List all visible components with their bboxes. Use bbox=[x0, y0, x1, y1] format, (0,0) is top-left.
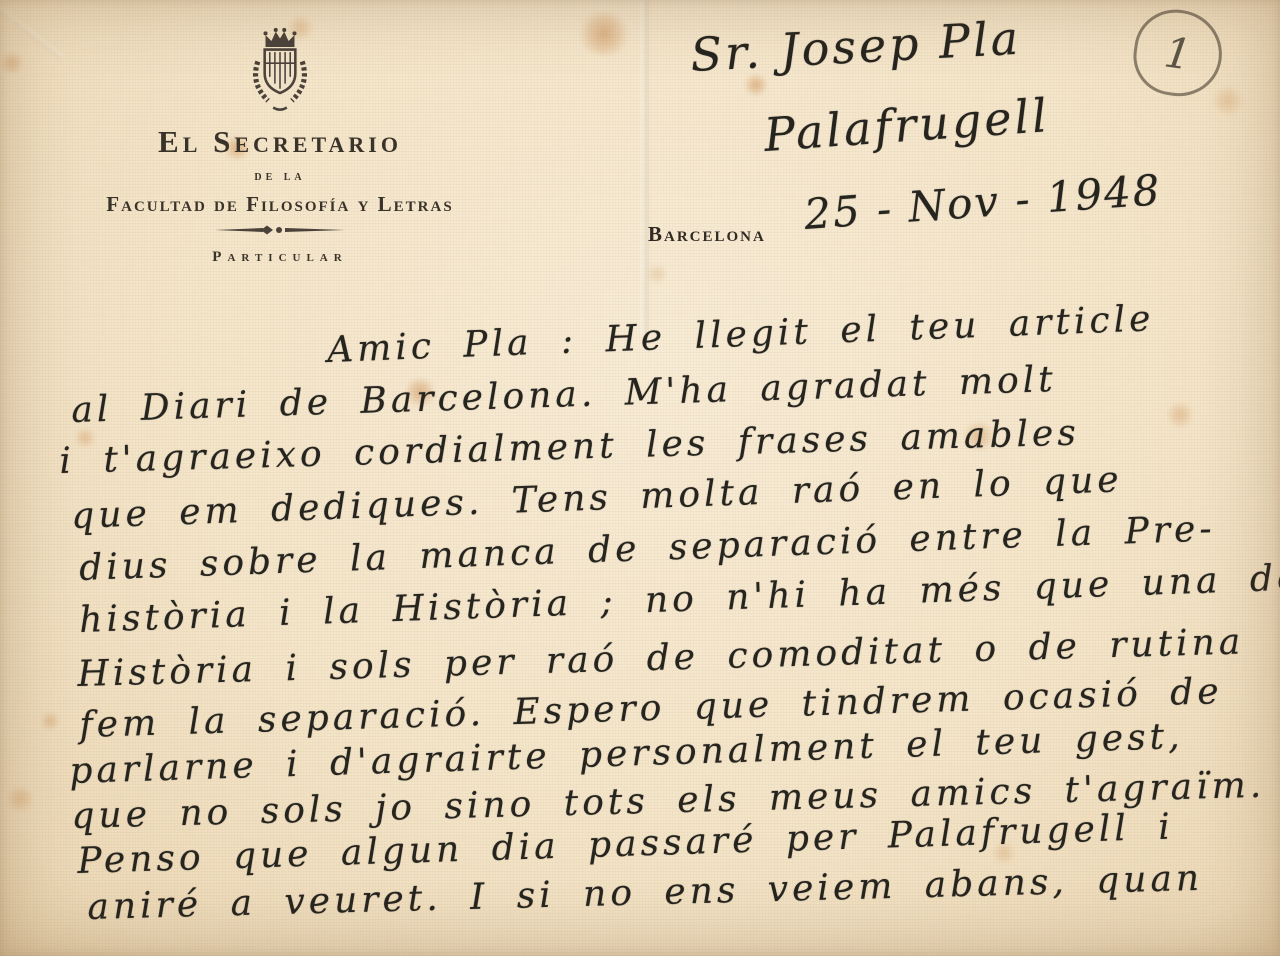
foxing-stain bbox=[1212, 86, 1244, 116]
place-line: Palafrugell bbox=[762, 88, 1051, 162]
recipient-line: Sr. Josep Pla bbox=[689, 11, 1022, 82]
letterhead-city: Barcelona bbox=[648, 222, 766, 247]
foxing-stain bbox=[1166, 402, 1194, 428]
university-crest-icon bbox=[237, 24, 323, 116]
page-number-annotation: 1 bbox=[1128, 4, 1227, 101]
letterhead-faculty: Facultad de Filosofía y Letras bbox=[62, 192, 498, 217]
foxing-stain bbox=[40, 712, 60, 730]
letterhead-title: El Secretario bbox=[62, 124, 498, 160]
page-number: 1 bbox=[1161, 27, 1194, 79]
letterhead-privacy-label: Particular bbox=[62, 249, 498, 266]
letter-page: El Secretario de la Facultad de Filosofí… bbox=[0, 0, 1280, 956]
foxing-stain bbox=[646, 264, 668, 284]
fold-crease bbox=[641, 0, 648, 335]
ornament-divider bbox=[215, 224, 345, 236]
letterhead-subtitle: de la bbox=[62, 169, 498, 185]
foxing-stain bbox=[0, 52, 24, 74]
corner-crease bbox=[0, 1, 64, 60]
date-line: 25 - Nov - 1948 bbox=[803, 165, 1163, 239]
letterhead: El Secretario de la Facultad de Filosofí… bbox=[62, 24, 498, 266]
foxing-stain bbox=[578, 12, 630, 56]
foxing-stain bbox=[6, 786, 34, 812]
